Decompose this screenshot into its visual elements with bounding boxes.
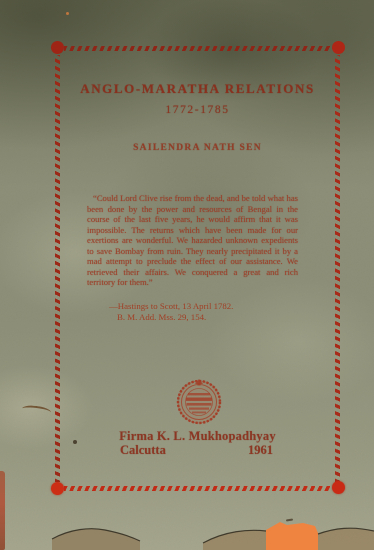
stain-speck: [66, 12, 69, 15]
publisher-name: Firma K. L. Mukhopadhyay: [57, 429, 338, 444]
cover-content: ANGLO-MARATHA RELATIONS 1772-1785 SAILEN…: [57, 0, 338, 550]
book-author: SAILENDRA NATH SEN: [57, 143, 338, 153]
attribution-reference: B. M. Add. Mss. 29, 154.: [109, 312, 233, 323]
publisher-city: Calcutta: [120, 443, 166, 458]
book-date-range: 1772-1785: [57, 104, 338, 116]
book-title: ANGLO-MARATHA RELATIONS: [57, 81, 338, 97]
publisher-imprint-line: Calcutta 1961: [120, 443, 273, 458]
quote-attribution: —Hastings to Scott, 13 April 1782. B. M.…: [109, 301, 233, 323]
stain-speck: [73, 440, 77, 444]
attribution-source: —Hastings to Scott, 13 April 1782.: [109, 301, 233, 312]
book-cover-scan: ANGLO-MARATHA RELATIONS 1772-1785 SAILEN…: [0, 0, 374, 550]
publisher-seal-icon: [174, 376, 224, 426]
left-edge-wear: [0, 471, 5, 550]
cover-quote: “Could Lord Clive rise from the dead, an…: [87, 193, 298, 288]
publication-year: 1961: [248, 443, 273, 458]
bottom-tear-damage: [0, 512, 374, 550]
